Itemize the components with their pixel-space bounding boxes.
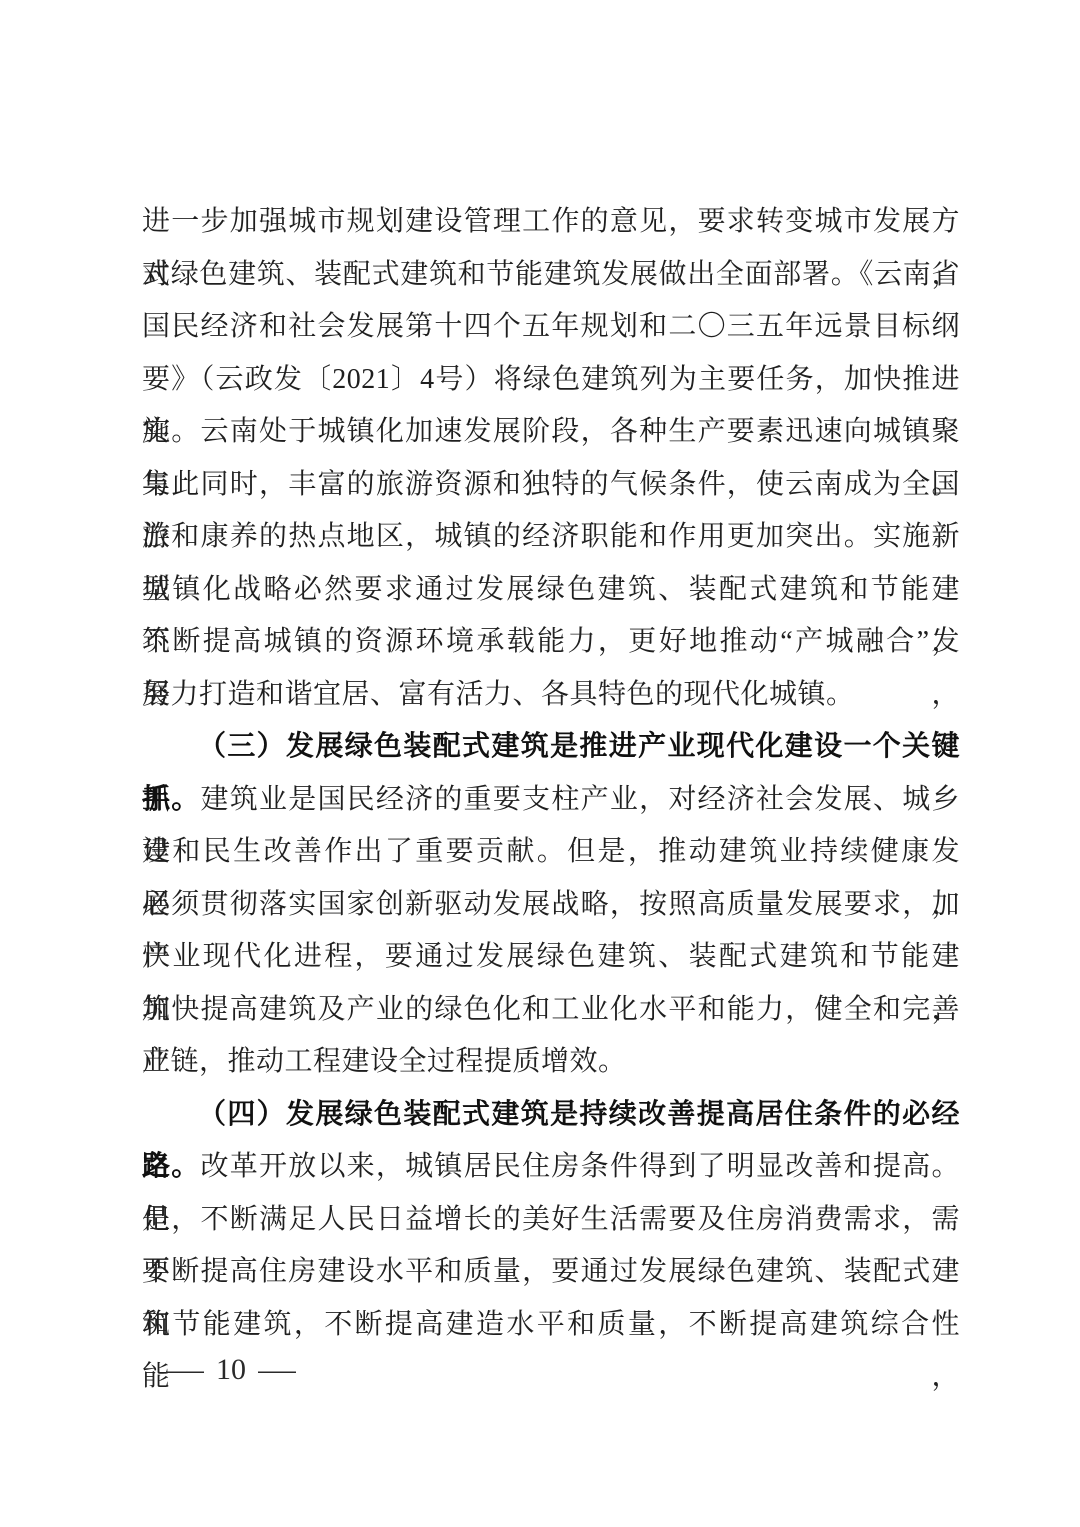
text-segment: 国民经济和社会发展第十四个五年规划和二〇三五年远景目标纲 xyxy=(142,311,960,342)
text-line: （三）发展绿色装配式建筑是推进产业现代化建设一个关键抓 xyxy=(142,721,960,774)
footer-right-dash: — xyxy=(258,1350,296,1390)
page-footer: —10— xyxy=(170,1350,292,1390)
text-line: 施。云南处于城镇化加速发展阶段，各种生产要素迅速向城镇聚集。 xyxy=(142,406,960,459)
bold-text-segment: 手。 xyxy=(142,784,200,815)
text-line: 和节能建筑，不断提高建造水平和质量，不断提高建筑综合性能， xyxy=(142,1299,960,1352)
text-line: 是，不断满足人民日益增长的美好生活需要及住房消费需求，需要 xyxy=(142,1194,960,1247)
text-line: 游和康养的热点地区，城镇的经济职能和作用更加突出。实施新型 xyxy=(142,511,960,564)
text-line: 努力打造和谐宜居、富有活力、各具特色的现代化城镇。 xyxy=(142,669,960,722)
text-segment: 业链，推动工程建设全过程提质增效。 xyxy=(142,1046,627,1077)
text-line: 设和民生改善作出了重要贡献。但是，推动建筑业持续健康发展， xyxy=(142,826,960,879)
document-page: 进一步加强城市规划建设管理工作的意见，要求转变城市发展方式，对绿色建筑、装配式建… xyxy=(0,0,1080,1527)
text-line: 手。建筑业是国民经济的重要支柱产业，对经济社会发展、城乡建 xyxy=(142,774,960,827)
text-line: 路。改革开放以来，城镇居民住房条件得到了明显改善和提高。但 xyxy=(142,1141,960,1194)
text-segment: 努力打造和谐宜居、富有活力、各具特色的现代化城镇。 xyxy=(142,679,855,710)
text-line: 与此同时，丰富的旅游资源和独特的气候条件，使云南成为全国旅 xyxy=(142,459,960,512)
text-line: 业链，推动工程建设全过程提质增效。 xyxy=(142,1036,960,1089)
page-number: 10 xyxy=(216,1350,246,1390)
text-line: 不断提高住房建设水平和质量，要通过发展绿色建筑、装配式建筑 xyxy=(142,1246,960,1299)
bold-text-segment: 路。 xyxy=(142,1151,200,1182)
text-line: 进一步加强城市规划建设管理工作的意见，要求转变城市发展方式， xyxy=(142,196,960,249)
text-line: 产业现代化进程，要通过发展绿色建筑、装配式建筑和节能建筑， xyxy=(142,931,960,984)
text-line: 对绿色建筑、装配式建筑和节能建筑发展做出全面部署。《云南省 xyxy=(142,249,960,302)
text-line: 要》（云政发〔2021〕4号）将绿色建筑列为主要任务，加快推进实 xyxy=(142,354,960,407)
text-line: 必须贯彻落实国家创新驱动发展战略，按照高质量发展要求，加快 xyxy=(142,879,960,932)
text-line: 国民经济和社会发展第十四个五年规划和二〇三五年远景目标纲 xyxy=(142,301,960,354)
text-line: 不断提高城镇的资源环境承载能力，更好地推动“产城融合”发展， xyxy=(142,616,960,669)
text-line: 加快提高建筑及产业的绿色化和工业化水平和能力，健全和完善产 xyxy=(142,984,960,1037)
text-segment: 对绿色建筑、装配式建筑和节能建筑发展做出全面部署。《云南省 xyxy=(142,259,960,290)
text-line: （四）发展绿色装配式建筑是持续改善提高居住条件的必经之 xyxy=(142,1089,960,1142)
document-body: 进一步加强城市规划建设管理工作的意见，要求转变城市发展方式，对绿色建筑、装配式建… xyxy=(142,196,960,1351)
footer-left-dash: — xyxy=(166,1350,204,1390)
text-line: 城镇化战略必然要求通过发展绿色建筑、装配式建筑和节能建筑， xyxy=(142,564,960,617)
